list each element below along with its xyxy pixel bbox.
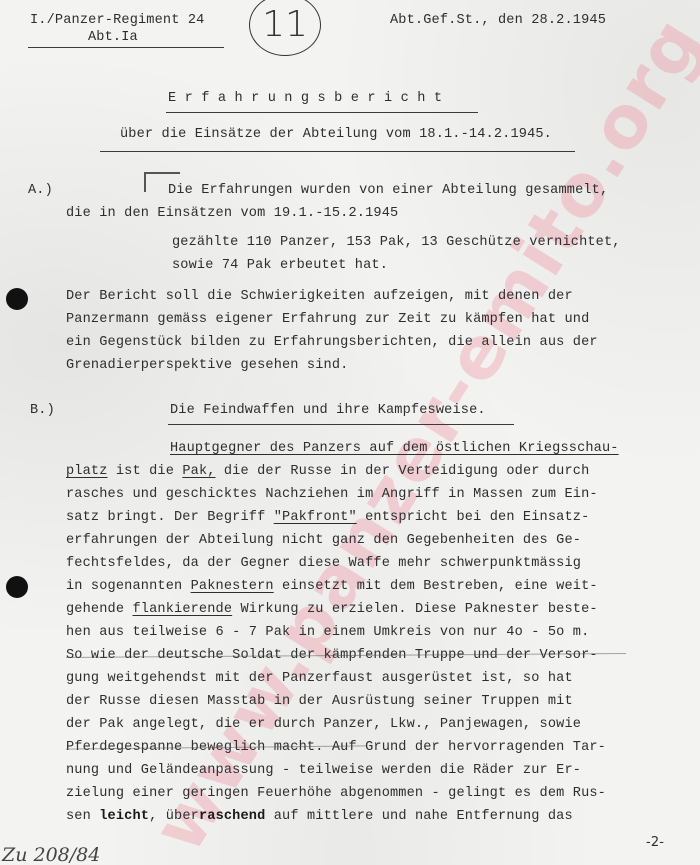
text-run: satz bringt. Der Begriff (66, 510, 274, 525)
document-subtitle: über die Einsätze der Abteilung vom 18.1… (120, 128, 552, 142)
body-line: fechtsfeldes, da der Gegner diese Waffe … (66, 557, 581, 571)
section-a-line: Die Erfahrungen wurden von einer Abteilu… (168, 184, 608, 198)
body-line: der Russe diesen Masstab in der Ausrüstu… (66, 695, 573, 709)
section-a-para2-line: Grenadierperspektive gesehen sind. (66, 359, 348, 373)
body-line: der Pak angelegt, die er durch Panzer, L… (66, 718, 581, 732)
punch-hole (6, 288, 28, 310)
section-a-para2-line: Panzermann gemäss eigener Erfahrung zur … (66, 313, 589, 327)
unit-name: I./Panzer-Regiment 24 (30, 14, 204, 28)
underlined-word: flankierende (132, 602, 232, 617)
next-page-marker: -2- (646, 836, 664, 849)
body-line: Hauptgegner des Panzers auf dem östliche… (170, 442, 619, 456)
bold-word: leicht (99, 809, 149, 824)
section-a-line: die in den Einsätzen vom 19.1.-15.2.1945 (66, 207, 398, 221)
body-line: sen leicht, überraschend auf mittlere un… (66, 810, 573, 824)
section-a-line: gezählte 110 Panzer, 153 Pak, 13 Geschüt… (172, 236, 621, 250)
body-line: zielung einer geringen Feuerhöhe abgenom… (66, 787, 606, 801)
text-run: , über (149, 809, 199, 824)
text-run: in sogenannten (66, 579, 191, 594)
header-rule (28, 47, 224, 48)
body-line: hen aus teilweise 6 - 7 Pak in einem Umk… (66, 626, 589, 640)
body-line: platz ist die Pak, die der Russe in der … (66, 465, 589, 479)
body-line: nung und Geländeanpassung - teilweise we… (66, 764, 581, 778)
body-line: rasches und geschicktes Nachziehen im An… (66, 488, 598, 502)
punch-hole (6, 576, 28, 598)
body-line: satz bringt. Der Begriff "Pakfront" ents… (66, 511, 589, 525)
section-b-heading: Die Feindwaffen und ihre Kampfesweise. (170, 404, 486, 418)
subtitle-rule (100, 151, 575, 152)
title-rule (166, 112, 478, 113)
section-a-para2-line: Der Bericht soll die Schwierigkeiten auf… (66, 290, 573, 304)
text-run: Wirkung zu erzielen. Diese Paknester bes… (232, 602, 598, 617)
body-line: gung weitgehendst mit der Panzerfaust au… (66, 672, 573, 686)
section-b-heading-rule (168, 424, 514, 425)
text-run: ist die (108, 464, 183, 479)
text-run: gehende (66, 602, 132, 617)
text-run: auf mittlere und nahe Entfernung das (265, 809, 572, 824)
body-line: in sogenannten Paknestern einsetzt mit d… (66, 580, 598, 594)
section-a-para2-line: ein Gegenstück bilden zu Erfahrungsberic… (66, 336, 598, 350)
body-line: gehende flankierende Wirkung zu erzielen… (66, 603, 598, 617)
bold-word: raschend (199, 809, 265, 824)
body-line: erfahrungen der Abteilung nicht ganz den… (66, 534, 581, 548)
section-a-line: sowie 74 Pak erbeutet hat. (172, 259, 388, 273)
underlined-word: platz (66, 464, 108, 479)
section-b-label: B.) (30, 404, 55, 418)
location-date: Abt.Gef.St., den 28.2.1945 (390, 14, 606, 28)
text-run: entspricht bei den Einsatz- (357, 510, 590, 525)
text-run: sen (66, 809, 99, 824)
text-run: einsetzt mit dem Bestreben, eine weit- (274, 579, 598, 594)
underlined-word: Paknestern (191, 579, 274, 594)
section-a-label: A.) (28, 184, 53, 198)
document-title: E r f a h r u n g s b e r i c h t (168, 92, 442, 106)
archive-handwritten-note: Zu 208/84 (2, 844, 100, 865)
underlined-word: "Pakfront" (274, 510, 357, 525)
text-run: die der Russe in der Verteidigung oder d… (216, 464, 590, 479)
underlined-word: Pak, (182, 464, 215, 479)
unit-department: Abt.Ia (88, 31, 138, 45)
